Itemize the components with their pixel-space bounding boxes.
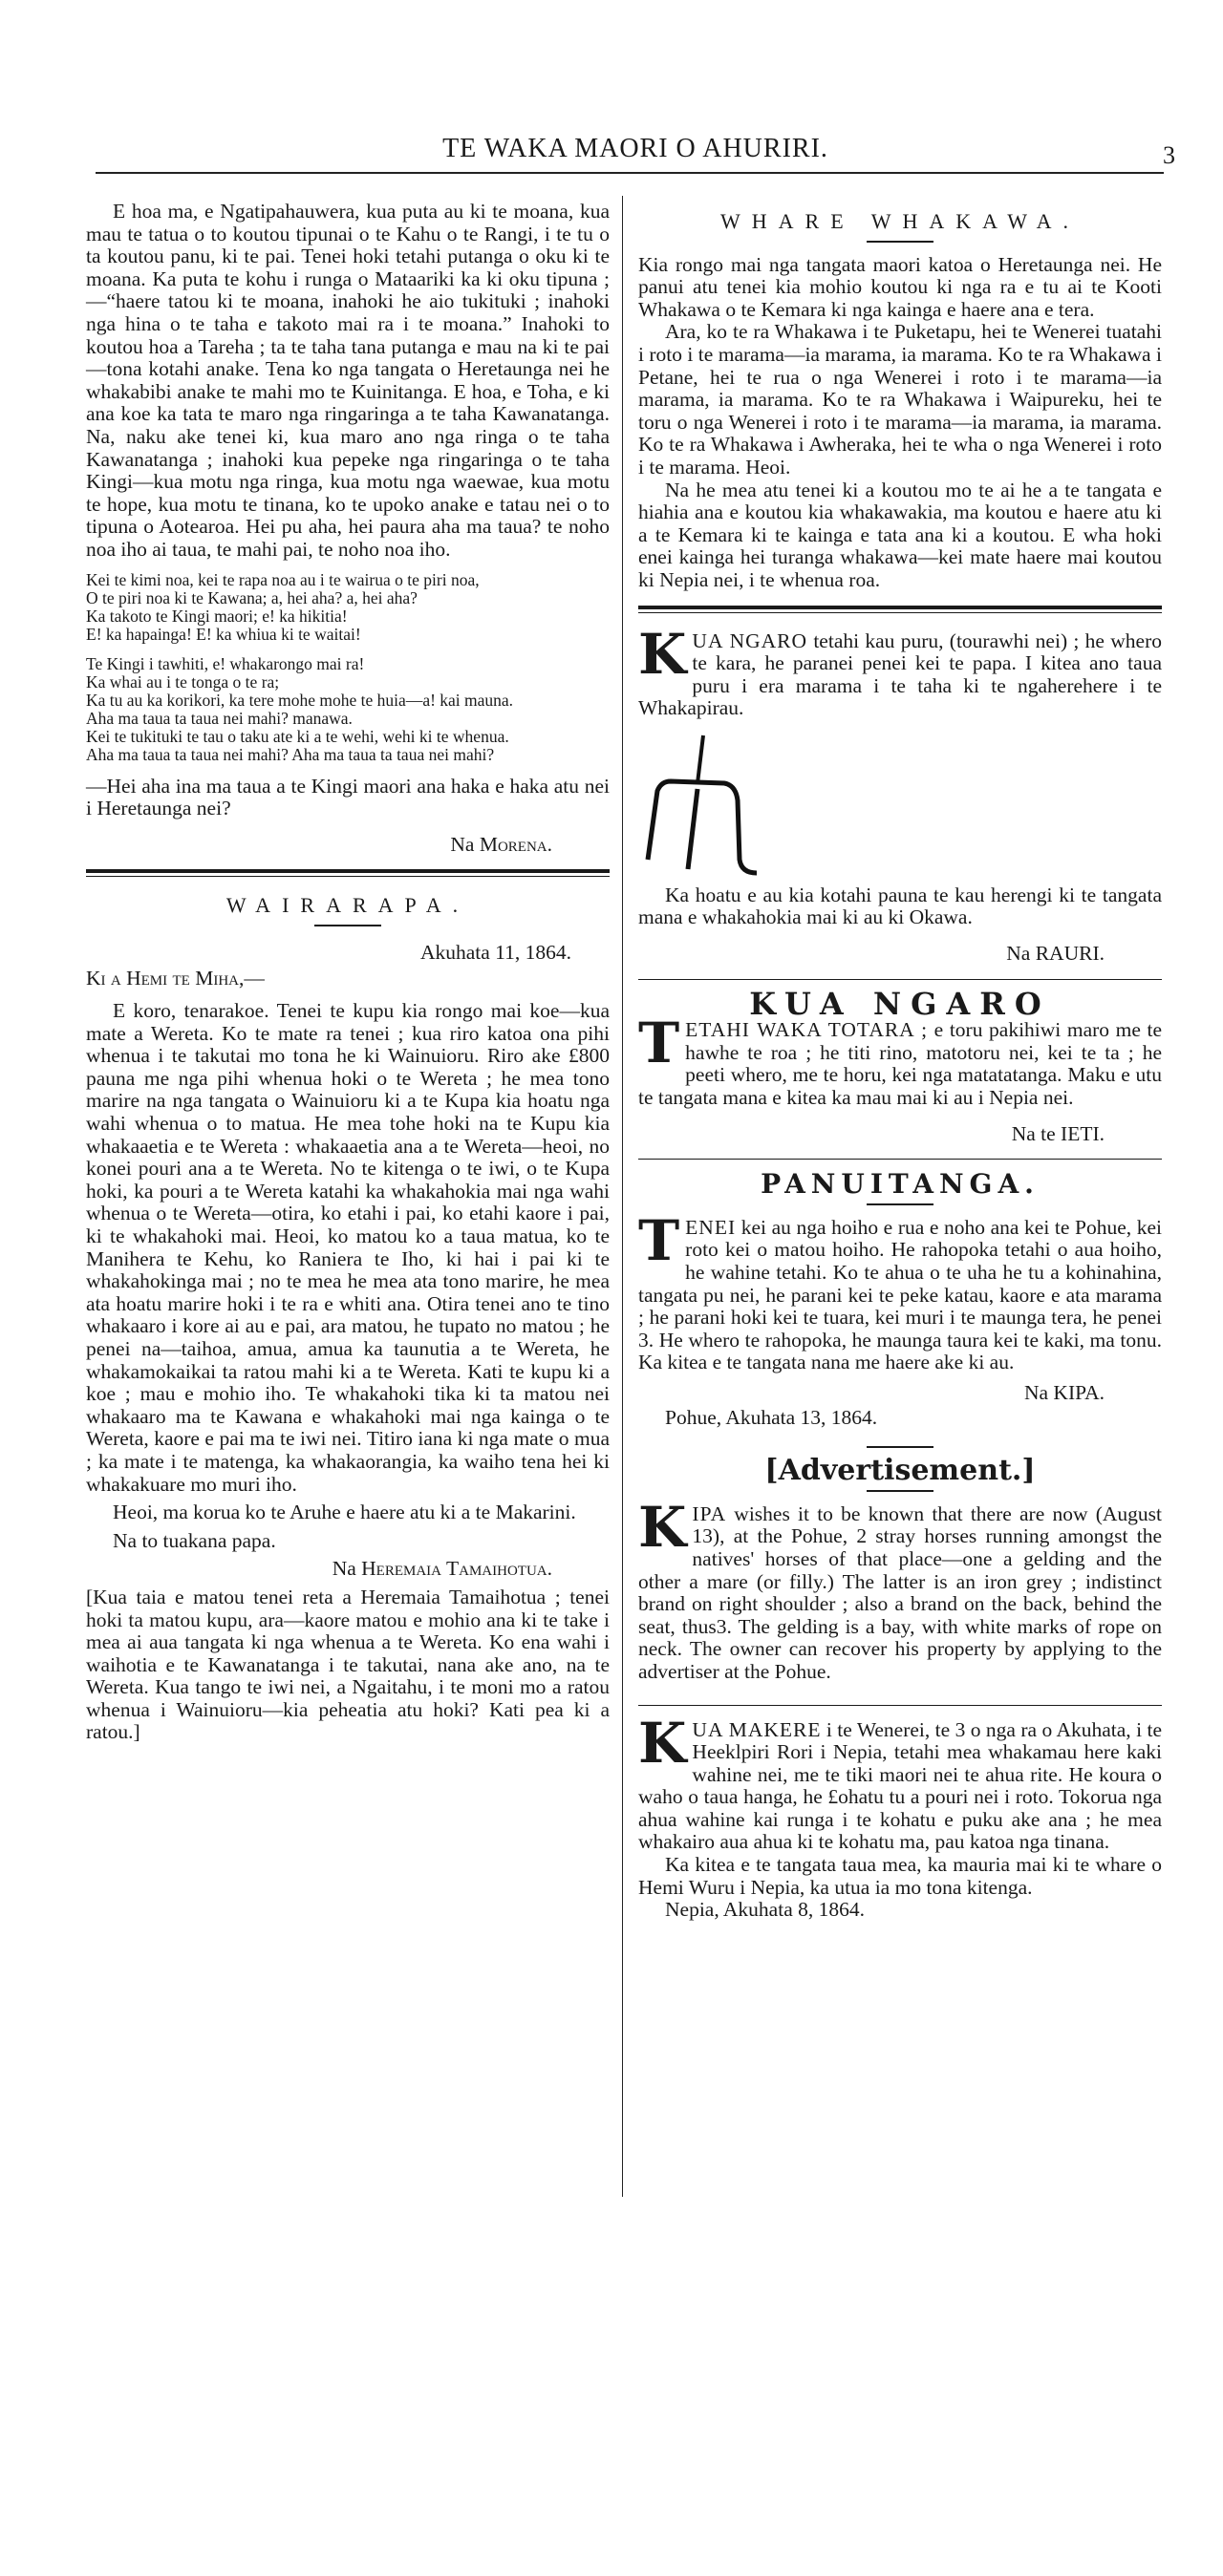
section-rule xyxy=(867,1446,933,1448)
verse-line: E! ka hapainga! E! ka whiua ki te waitai… xyxy=(86,626,610,644)
notice-kua-ngaro-canoe: KUA NGARO T ETAHI WAKA TOTARA ; e toru p… xyxy=(638,993,1162,1146)
cattle-brand-icon xyxy=(638,726,772,879)
editor-note: [Kua taia e matou tenei reta a Heremaia … xyxy=(86,1586,610,1744)
signature-prefix: Na te xyxy=(1012,1122,1056,1145)
drop-cap: K xyxy=(638,1721,686,1765)
section-heading: PANUITANGA. xyxy=(638,1173,1162,1196)
signature: Na KIPA. xyxy=(638,1382,1162,1405)
column-divider xyxy=(622,196,623,2197)
verse-line: Aha ma taua ta taua nei mahi? Aha ma tau… xyxy=(86,746,610,764)
heading-rule xyxy=(867,241,933,243)
verse-line: Kei te tukituki te tau o taku ate ki a t… xyxy=(86,728,610,746)
salutation: Ki a Hemi te Miha,— xyxy=(86,968,610,990)
section-heading: WHARE WHAKAWA. xyxy=(638,210,1162,233)
section-heading: KUA NGARO xyxy=(638,993,1162,1016)
notice-advertisement: [Advertisement.] K IPA wishes it to be k… xyxy=(638,1459,1162,1683)
article-whare-whakawa: WHARE WHAKAWA. Kia rongo mai nga tangata… xyxy=(638,210,1162,592)
article-letter-ngatipahauwera: E hoa ma, e Ngatipahauwera, kua puta au … xyxy=(86,201,610,856)
verse-line: Ka whai au i te tonga o te ra; xyxy=(86,673,610,692)
signature-name: RAURI. xyxy=(1036,942,1105,965)
verse-line: Ka tu au ka korikori, ka tere mohe mohe … xyxy=(86,692,610,710)
notice-text: Ka kitea e te tangata taua mea, ka mauri… xyxy=(638,1854,1162,1899)
article-wairarapa: WAIRARAPA. Akuhata 11, 1864. Ki a Hemi t… xyxy=(86,894,610,1744)
signature-name: Heremaia Tamaihotua. xyxy=(361,1557,552,1580)
heading-rule xyxy=(314,925,381,926)
article-paragraph: Kia rongo mai nga tangata maori katoa o … xyxy=(638,254,1162,322)
heading-rule xyxy=(867,1203,933,1205)
signature-prefix: Na xyxy=(1024,1381,1048,1404)
newspaper-page: TE WAKA MAORI O AHURIRI. 3 E hoa ma, e N… xyxy=(0,0,1223,2576)
lead-caps: IPA xyxy=(692,1502,726,1525)
lead-caps: ETAHI WAKA TOTARA ; xyxy=(685,1018,928,1041)
lead-caps: ENEI xyxy=(685,1216,736,1239)
signature: Na RAURI. xyxy=(638,943,1162,966)
masthead: TE WAKA MAORI O AHURIRI. 3 xyxy=(96,134,1175,181)
section-rule xyxy=(638,1159,1162,1160)
left-column: E hoa ma, e Ngatipahauwera, kua puta au … xyxy=(86,201,610,1744)
article-paragraph: E hoa ma, e Ngatipahauwera, kua puta au … xyxy=(86,201,610,562)
signature: Na Heremaia Tamaihotua. xyxy=(86,1558,610,1581)
lead-caps: UA MAKERE xyxy=(692,1718,821,1741)
section-heading: WAIRARAPA. xyxy=(86,894,610,917)
verse-line: O te piri noa ki te Kawana; a, hei aha? … xyxy=(86,589,610,607)
verse-line: Te Kingi i tawhiti, e! whakarongo mai ra… xyxy=(86,655,610,673)
dateline: Akuhata 11, 1864. xyxy=(86,942,610,965)
article-paragraph: Na to tuakana papa. xyxy=(86,1530,610,1553)
section-rule xyxy=(638,1705,1162,1706)
signature: Na te IETI. xyxy=(638,1123,1162,1146)
drop-cap: T xyxy=(638,1219,679,1263)
verse-stanza: Kei te kimi noa, kei te rapa noa au i te… xyxy=(86,571,610,644)
signature-prefix: Na xyxy=(1006,942,1030,965)
signature-name: KIPA. xyxy=(1053,1381,1105,1404)
notice-text: kei au nga hoiho e rua e noho ana kei te… xyxy=(638,1216,1162,1374)
signature-name: Morena. xyxy=(480,833,552,856)
drop-cap: T xyxy=(638,1021,679,1065)
signature-prefix: Na xyxy=(333,1557,356,1580)
notice-kua-makere: K UA MAKERE i te Wenerei, te 3 o nga ra … xyxy=(638,1719,1162,1922)
verse-line: Ka takoto te Kingi maori; e! ka hikitia! xyxy=(86,607,610,626)
signature: Na Morena. xyxy=(86,834,610,857)
article-paragraph: Ara, ko te ra Whakawa i te Puketapu, hei… xyxy=(638,321,1162,479)
page-number: 3 xyxy=(1163,141,1175,170)
right-column: WHARE WHAKAWA. Kia rongo mai nga tangata… xyxy=(638,201,1162,1922)
dateline: Pohue, Akuhata 13, 1864. xyxy=(638,1407,1162,1430)
dateline: Nepia, Akuhata 8, 1864. xyxy=(638,1899,1162,1922)
section-rule xyxy=(638,979,1162,980)
verse-stanza: Te Kingi i tawhiti, e! whakarongo mai ra… xyxy=(86,655,610,764)
article-paragraph: Heoi, ma korua ko te Aruhe e haere atu k… xyxy=(86,1501,610,1524)
notice-text: wishes it to be known that there are now… xyxy=(638,1502,1162,1683)
notice-kua-ngaro-bull: K UA NGARO tetahi kau puru, (tourawhi ne… xyxy=(638,630,1162,966)
masthead-rule xyxy=(96,172,1164,174)
signature-name: IETI. xyxy=(1061,1122,1105,1145)
article-paragraph: E koro, tenarakoe. Tenei te kupu kia ron… xyxy=(86,1000,610,1496)
notice-panuitanga: PANUITANGA. T ENEI kei au nga hoiho e ru… xyxy=(638,1173,1162,1429)
section-double-rule xyxy=(638,606,1162,613)
drop-cap: K xyxy=(638,1505,686,1549)
heading-rule xyxy=(867,1490,933,1492)
verse-block: Kei te kimi noa, kei te rapa noa au i te… xyxy=(86,571,610,764)
section-double-rule xyxy=(86,869,610,877)
section-heading: [Advertisement.] xyxy=(638,1459,1162,1482)
drop-cap: K xyxy=(638,632,686,676)
article-paragraph: Na he mea atu tenei ki a koutou mo te ai… xyxy=(638,479,1162,592)
verse-line: Kei te kimi noa, kei te rapa noa au i te… xyxy=(86,571,610,589)
signature-prefix: Na xyxy=(450,833,474,856)
verse-line: Aha ma taua ta taua nei mahi? manawa. xyxy=(86,710,610,728)
notice-text: Ka hoatu e au kia kotahi pauna te kau he… xyxy=(638,884,1162,929)
newspaper-title: TE WAKA MAORI O AHURIRI. xyxy=(96,134,1175,164)
closing-paragraph: —Hei aha ina ma taua a te Kingi maori an… xyxy=(86,776,610,820)
lead-caps: UA NGARO xyxy=(692,629,807,652)
